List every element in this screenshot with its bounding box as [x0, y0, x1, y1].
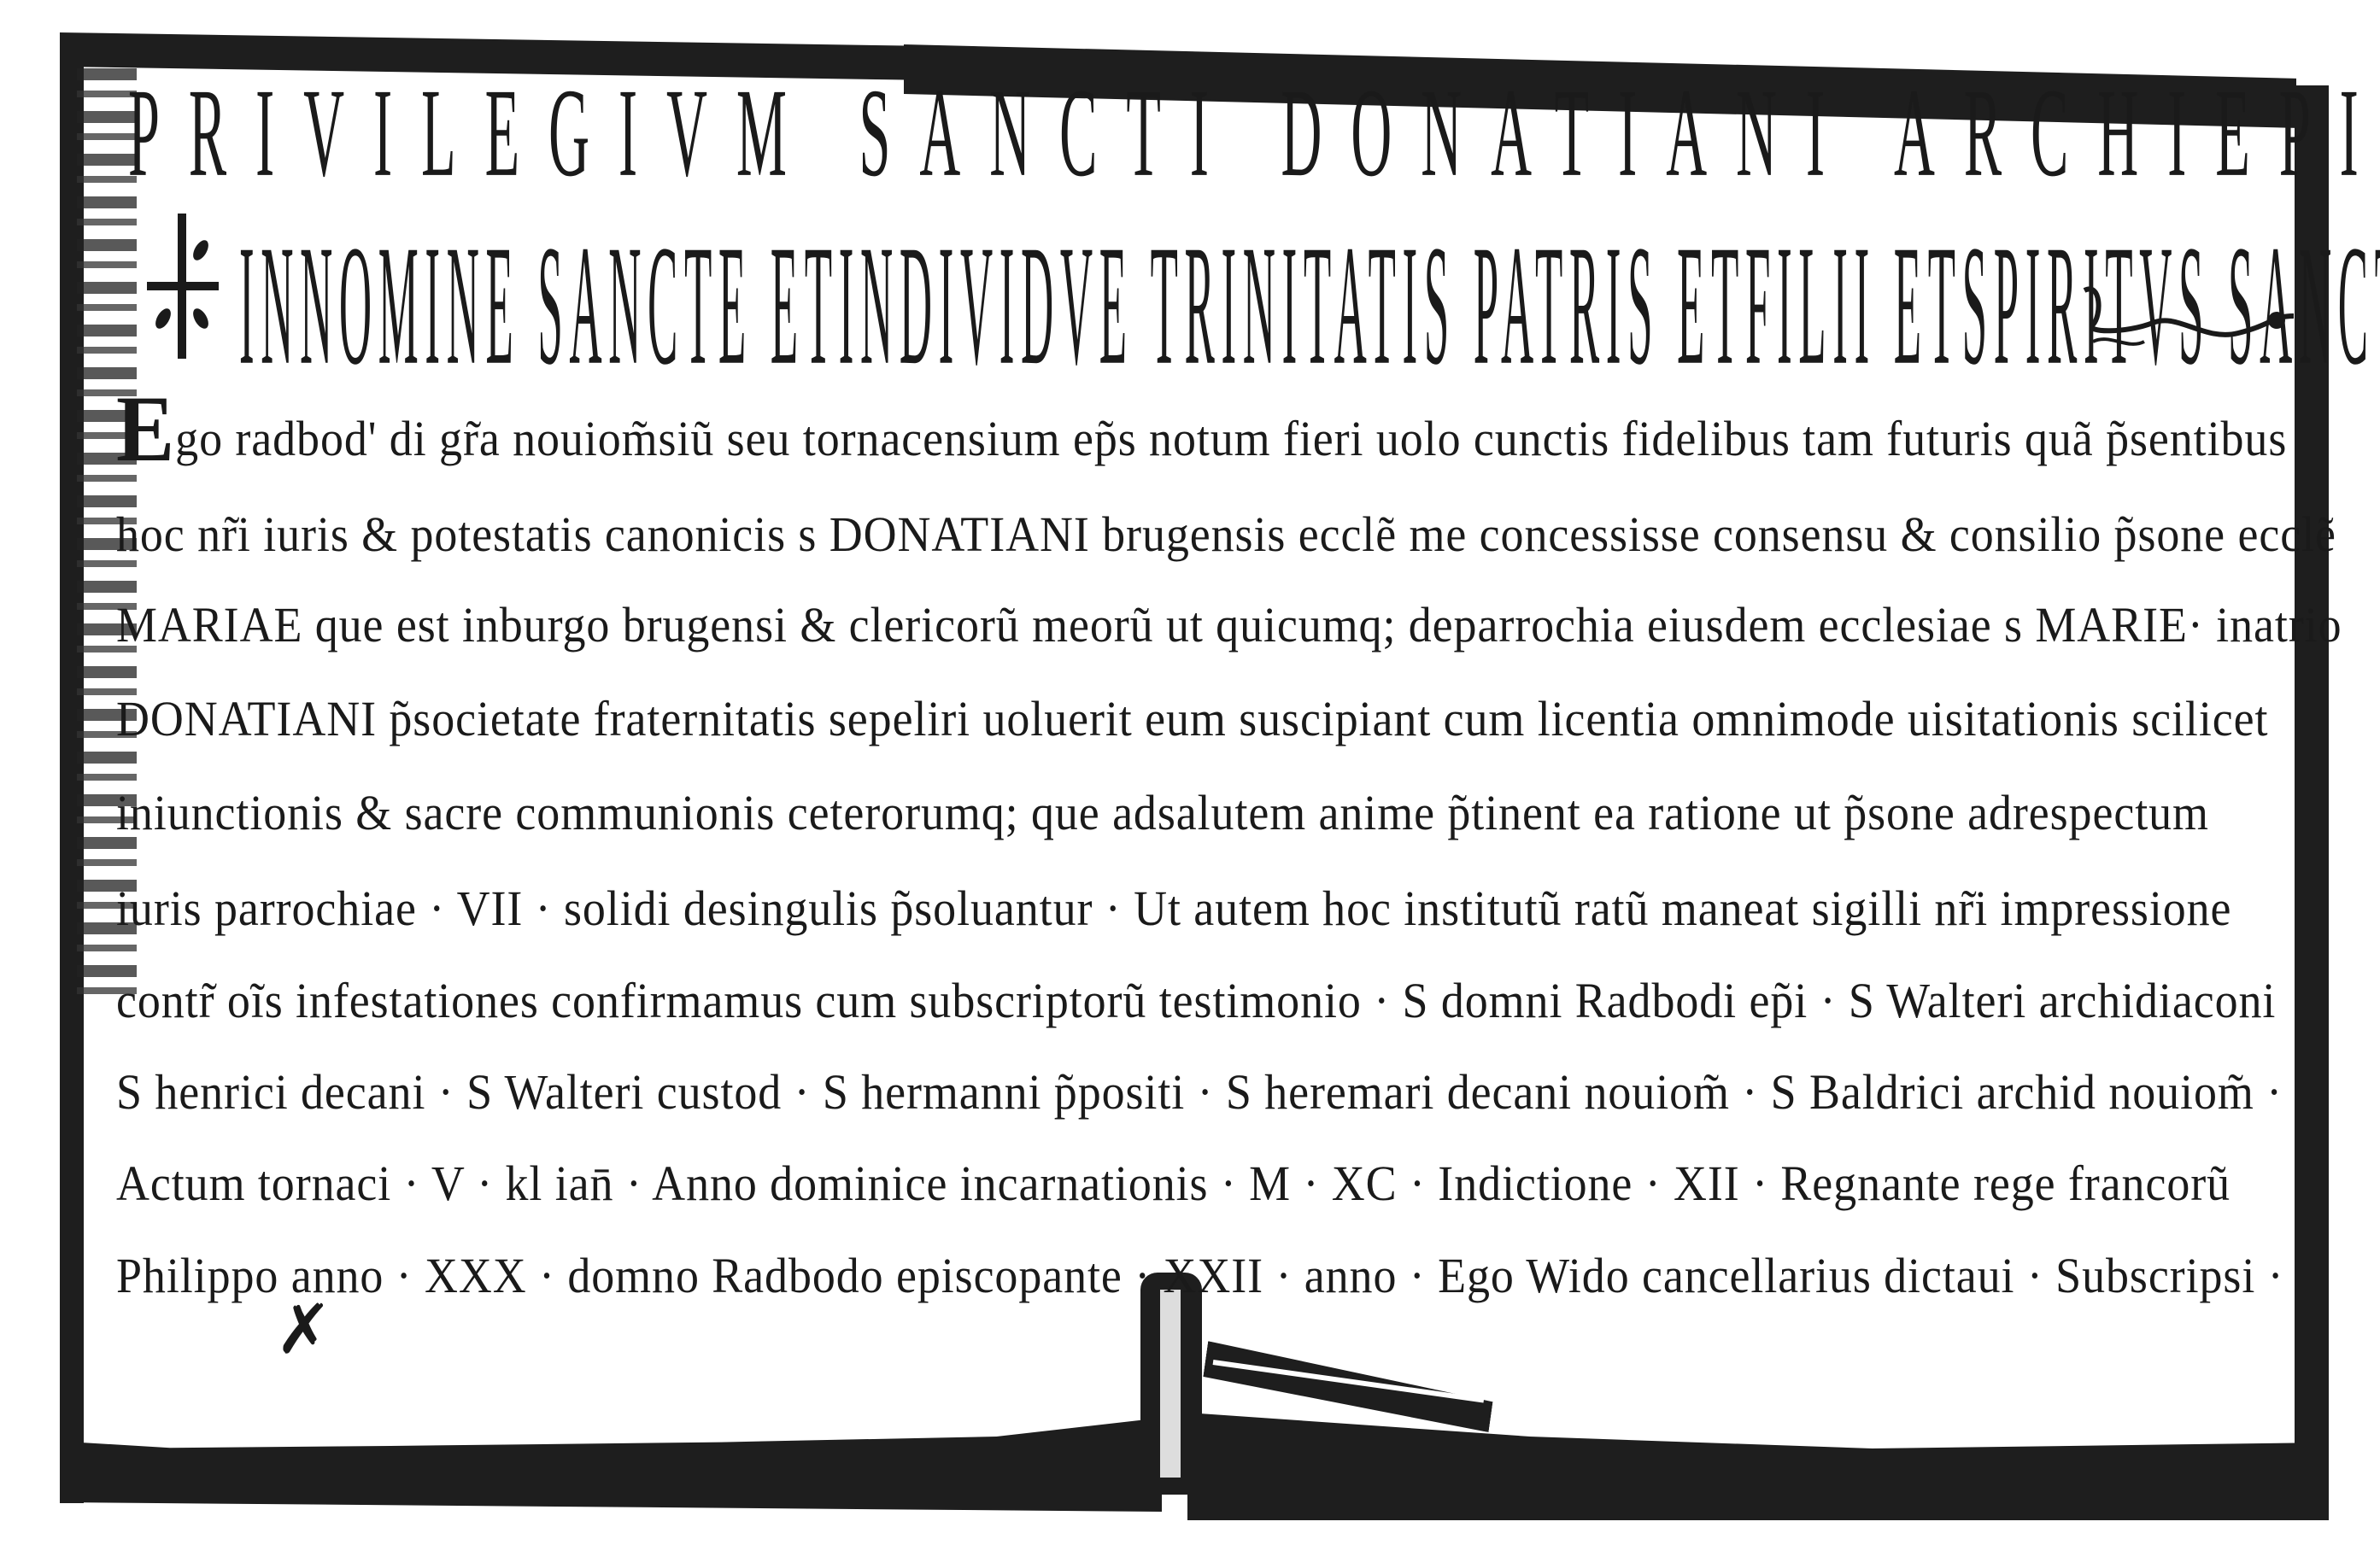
text-line-9: Actum tornaci · V · kl ian̄ · Anno domin…	[116, 1155, 2231, 1212]
invocation: INNOMINE SANCTE ETINDIVIDVE TRINITATIS P…	[239, 205, 2380, 404]
text-line-10: Philippo anno · XXX · domno Radbodo epis…	[116, 1247, 2284, 1304]
text-line-5: iniunctionis & sacre communionis ceteror…	[116, 784, 2209, 841]
title-line: PRIVILEGIVM SANCTI DONATIANI ARCHIEPISCO…	[128, 60, 2380, 206]
signum-mark-icon: ✗	[275, 1290, 332, 1369]
text-line-4: DONATIANI p̃societate fraternitatis sepe…	[116, 690, 2268, 747]
initial-letter: E	[116, 377, 175, 481]
cross-chrismon-icon	[147, 214, 215, 359]
text-line-3: MARIAE que est inburgo brugensi & cleric…	[116, 596, 2342, 653]
text-line-1: Ego radbod' di gr̃a nouiom̃siũ seu torna…	[116, 410, 2287, 467]
text-line-6: iuris parrochiae · VII · solidi desingul…	[116, 880, 2231, 937]
text-line-8: S henrici decani · S Walteri custod · S …	[116, 1063, 2283, 1121]
text-line-7: contr̃ oĩs infestationes confirmamus cum…	[116, 972, 2276, 1029]
seal-strap-highlight	[1160, 1290, 1181, 1478]
text-line-2: hoc nr̃i iuris & potestatis canonicis s …	[116, 506, 2336, 563]
flourish-icon	[2076, 282, 2298, 359]
